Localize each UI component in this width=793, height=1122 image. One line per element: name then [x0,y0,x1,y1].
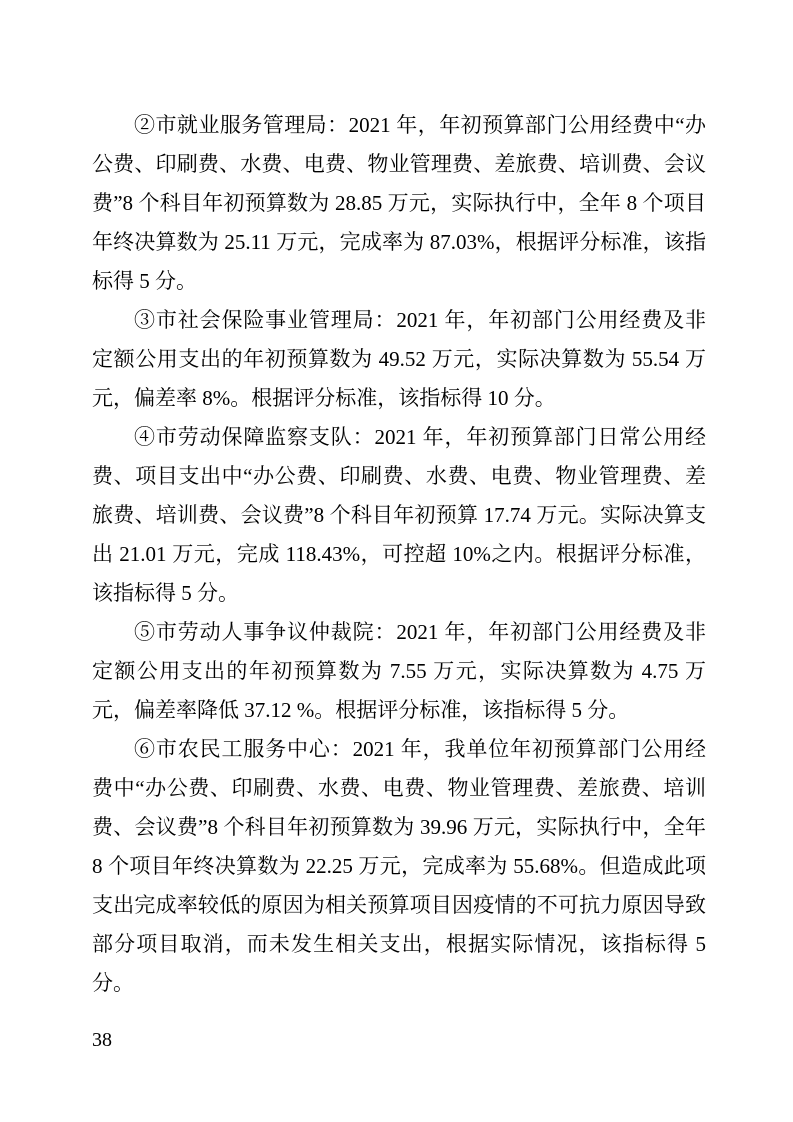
paragraph-migrant-worker-service-center: ⑥市农民工服务中心：2021 年，我单位年初预算部门公用经费中“办公费、印刷费、… [92,730,706,1003]
page-number: 38 [92,1028,112,1052]
paragraph-social-insurance-bureau: ③市社会保险事业管理局：2021 年，年初部门公用经费及非定额公用支出的年初预算… [92,301,706,418]
paragraph-labor-dispute-arbitration: ⑤市劳动人事争议仲裁院：2021 年，年初部门公用经费及非定额公用支出的年初预算… [92,613,706,730]
paragraph-labor-security-inspection: ④市劳动保障监察支队：2021 年，年初预算部门日常公用经费、项目支出中“办公费… [92,418,706,613]
paragraph-employment-service-bureau: ②市就业服务管理局：2021 年，年初预算部门公用经费中“办公费、印刷费、水费、… [92,106,706,301]
document-page: ②市就业服务管理局：2021 年，年初预算部门公用经费中“办公费、印刷费、水费、… [0,0,793,1122]
document-body: ②市就业服务管理局：2021 年，年初预算部门公用经费中“办公费、印刷费、水费、… [92,106,706,1003]
